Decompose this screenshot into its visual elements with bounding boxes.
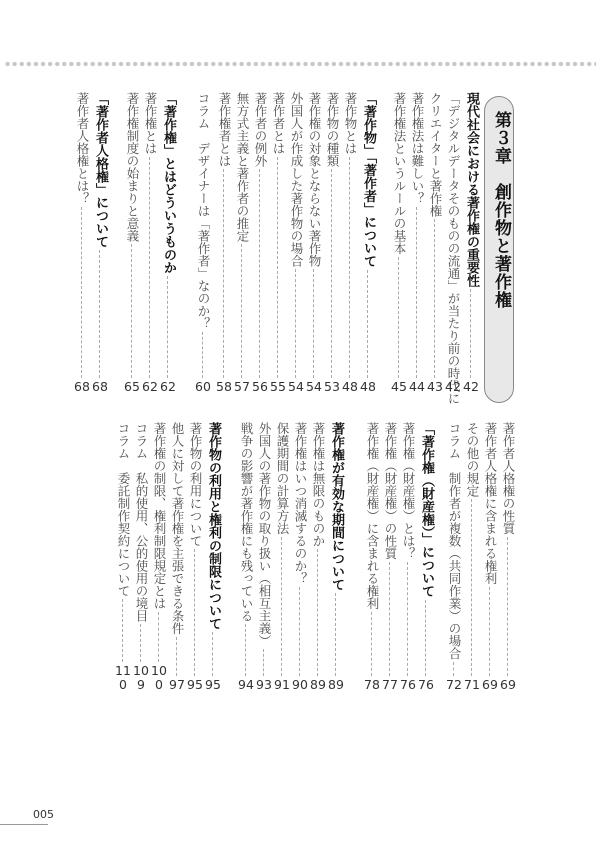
toc-entry-title: その他の規定 <box>464 422 480 497</box>
toc-entry-title: コラム デザイナーは「著作者」なのか？ <box>195 92 211 330</box>
toc-page-number: 95 <box>205 678 221 692</box>
toc-entry[interactable]: クリエイターと著作権 <box>427 92 443 217</box>
dotted-leader <box>335 593 337 676</box>
toc-page-number: 54 <box>306 380 322 394</box>
toc-page-number: 110 <box>115 664 131 692</box>
toc-page-number: 48 <box>360 380 376 394</box>
toc-entry[interactable]: 著作権の対象とならない著作物 <box>306 92 322 267</box>
toc-section-heading[interactable]: 「著作物」「著作者」について <box>360 92 376 268</box>
toc-entry[interactable]: 著作権の制限、権利制限規定とは <box>151 422 167 610</box>
toc-entry-title: 他人に対して著作権を主張できる条件 <box>169 422 185 635</box>
toc-page-number: 89 <box>328 678 344 692</box>
toc-entry[interactable]: コラム 委託制作契約について <box>115 422 131 597</box>
toc-entry-title: 「デジタルデータそのものの流通」が当たり前の時代に <box>445 92 461 405</box>
toc-entry[interactable]: 著作物の種類 <box>324 92 340 167</box>
toc-entry-title: 著作権制度の始まりと意義 <box>124 92 140 242</box>
dotted-leader <box>507 537 509 676</box>
toc-entry-title: 著作者の例外 <box>252 92 268 167</box>
toc-entry-title: 「著作物」「著作者」について <box>360 92 376 268</box>
dotted-leader <box>331 169 333 378</box>
toc-page-number: 62 <box>142 380 158 394</box>
toc-page-number: 65 <box>124 380 140 394</box>
dotted-leader <box>281 537 283 676</box>
toc-page-number: 55 <box>270 380 286 394</box>
toc-entry-title: 「著作権（財産権）」について <box>418 422 434 598</box>
toc-entry-title: 「著作者人格権」について <box>92 92 108 248</box>
dotted-leader <box>263 649 265 676</box>
toc-entry-title: 著作者人格権とは？ <box>74 92 90 205</box>
toc-entry[interactable]: 著作権者とは <box>216 92 232 167</box>
dotted-leader <box>245 624 247 676</box>
toc-page-number: 56 <box>252 380 268 394</box>
dotted-leader <box>131 244 133 378</box>
toc-entry-title: 著作者人格権の性質 <box>500 422 516 535</box>
toc-entry[interactable]: 著作権法というルールの基本 <box>391 92 407 255</box>
toc-entry-title: 著作権法というルールの基本 <box>391 92 407 255</box>
toc-entry[interactable]: 著作者の例外 <box>252 92 268 167</box>
toc-entry-title: 著作権が有効な期間について <box>328 422 344 591</box>
toc-page-number: 60 <box>195 380 211 394</box>
toc-entry-title: 著作権とは <box>142 92 158 155</box>
toc-entry[interactable]: 戦争の影響が著作権にも残っている <box>238 422 254 622</box>
toc-page-number: 90 <box>292 678 308 692</box>
toc-entry[interactable]: 著作物の利用について <box>187 422 203 547</box>
toc-page-number: 76 <box>400 678 416 692</box>
dotted-leader <box>407 562 409 676</box>
toc-entry[interactable]: 著作物とは <box>342 92 358 155</box>
dotted-leader <box>223 169 225 378</box>
toc-page-number: 54 <box>288 380 304 394</box>
toc-page-number: 53 <box>324 380 340 394</box>
toc-page-number: 44 <box>409 380 425 394</box>
dotted-leader <box>202 332 204 378</box>
toc-entry[interactable]: 著作者とは <box>270 92 286 155</box>
toc-section-heading[interactable]: 現代社会における著作権の重要性 <box>463 92 479 287</box>
toc-entry-title: 著作者人格権に含まれる権利 <box>482 422 498 585</box>
toc-page-number: 72 <box>446 678 462 692</box>
dotted-leader <box>425 600 427 676</box>
toc-section-heading[interactable]: 「著作権」とはどういうものか <box>160 92 176 274</box>
toc-page-number: 78 <box>364 678 380 692</box>
toc-section-heading[interactable]: 著作物の利用と権利の制限について <box>205 422 221 630</box>
toc-entry[interactable]: 保護期間の計算方法 <box>274 422 290 535</box>
dotted-leader <box>176 637 178 676</box>
toc-entry[interactable]: 著作権は無限のものか <box>310 422 326 547</box>
toc-entry[interactable]: コラム デザイナーは「著作者」なのか？ <box>195 92 211 330</box>
toc-page-number: 93 <box>256 678 272 692</box>
toc-entry[interactable]: 著作者人格権に含まれる権利 <box>482 422 498 585</box>
toc-entry-title: 著作権の対象とならない著作物 <box>306 92 322 267</box>
toc-entry[interactable]: 著作権（財産権）の性質 <box>382 422 398 560</box>
dotted-leader <box>349 157 351 378</box>
toc-entry-title: 著作権法は難しい？ <box>409 92 425 205</box>
toc-page-number: 68 <box>74 380 90 394</box>
toc-entry-title: 著作権（財産権）とは？ <box>400 422 416 560</box>
toc-entry-title: 著作物の種類 <box>324 92 340 167</box>
toc-entry-title: クリエイターと著作権 <box>427 92 443 217</box>
toc-page-number: 43 <box>427 380 443 394</box>
toc-entry[interactable]: 著作権とは <box>142 92 158 155</box>
toc-entry[interactable]: 他人に対して著作権を主張できる条件 <box>169 422 185 635</box>
toc-entry-title: 著作物の利用について <box>187 422 203 547</box>
dotted-leader <box>299 587 301 676</box>
page-number: 005 <box>33 808 54 821</box>
toc-entry-title: 著作物とは <box>342 92 358 155</box>
dotted-leader <box>277 157 279 378</box>
toc-page-number: 69 <box>500 678 516 692</box>
dotted-leader <box>453 662 455 676</box>
toc-page-number: 100 <box>151 664 167 692</box>
footer-rule <box>0 824 48 825</box>
toc-section-heading[interactable]: 著作権が有効な期間について <box>328 422 344 591</box>
chapter-title: 第３章 創作物と著作権 <box>489 111 514 309</box>
dotted-leader <box>149 157 151 378</box>
toc-entry-title: 著作権はいつ消滅するのか？ <box>292 422 308 585</box>
toc-section-heading[interactable]: 「著作権（財産権）」について <box>418 422 434 598</box>
toc-entry-title: コラム 委託制作契約について <box>115 422 131 597</box>
toc-page-number: 71 <box>464 678 480 692</box>
toc-page-number: 69 <box>482 678 498 692</box>
toc-entry-title: 保護期間の計算方法 <box>274 422 290 535</box>
toc-entry-title: コラム 私的使用、公的使用の境目 <box>133 422 149 622</box>
toc-page-number: 42 <box>445 380 461 394</box>
dotted-leader <box>470 289 472 378</box>
dotted-leader <box>140 624 142 662</box>
toc-page-number: 45 <box>391 380 407 394</box>
dotted-leader <box>313 269 315 378</box>
toc-page-number: 89 <box>310 678 326 692</box>
toc-entry[interactable]: 著作権はいつ消滅するのか？ <box>292 422 308 585</box>
dotted-leader <box>471 499 473 676</box>
toc-entry-title: 著作権は無限のものか <box>310 422 326 547</box>
toc-entry[interactable]: 著作権（財産権）とは？ <box>400 422 416 560</box>
toc-entry[interactable]: 無方式主義と著作者の推定 <box>234 92 250 242</box>
toc-entry[interactable]: 著作者人格権とは？ <box>74 92 90 205</box>
toc-entry-title: 現代社会における著作権の重要性 <box>463 92 479 287</box>
toc-page-number: 58 <box>216 380 232 394</box>
dotted-leader <box>295 269 297 378</box>
dotted-leader <box>367 270 369 378</box>
toc-entry[interactable]: 外国人が作成した著作物の場合 <box>288 92 304 267</box>
toc-entry-title: 著作者とは <box>270 92 286 155</box>
dotted-leader <box>398 257 400 378</box>
toc-entry-title: 著作物の利用と権利の制限について <box>205 422 221 630</box>
toc-entry-title: 著作権（財産権）に含まれる権利 <box>364 422 380 610</box>
toc-entry-title: 著作権の制限、権利制限規定とは <box>151 422 167 610</box>
dotted-leader <box>194 549 196 676</box>
toc-page-number: 109 <box>133 664 149 692</box>
toc-entry[interactable]: 外国人の著作物の取り扱い（相互主義） <box>256 422 272 647</box>
toc-entry-title: 著作権（財産権）の性質 <box>382 422 398 560</box>
toc-page-number: 42 <box>463 380 479 394</box>
toc-entry[interactable]: その他の規定 <box>464 422 480 497</box>
dotted-header-rule <box>4 60 596 68</box>
dotted-leader <box>434 219 436 378</box>
dotted-leader <box>371 612 373 676</box>
toc-page-number: 57 <box>234 380 250 394</box>
dotted-leader <box>99 250 101 378</box>
toc-entry[interactable]: 著作権制度の始まりと意義 <box>124 92 140 242</box>
dotted-leader <box>158 612 160 662</box>
toc-page-number: 91 <box>274 678 290 692</box>
toc-entry[interactable]: 著作権（財産権）に含まれる権利 <box>364 422 380 610</box>
toc-page-number: 95 <box>187 678 203 692</box>
toc-page-number: 48 <box>342 380 358 394</box>
toc-page-number: 76 <box>418 678 434 692</box>
toc-section-heading[interactable]: 「著作者人格権」について <box>92 92 108 248</box>
toc-entry-title: 無方式主義と著作者の推定 <box>234 92 250 242</box>
chapter-heading-badge: 第３章 創作物と著作権 <box>484 96 514 403</box>
toc-page-number: 97 <box>169 678 185 692</box>
toc-page-number: 62 <box>160 380 176 394</box>
dotted-leader <box>81 207 83 378</box>
toc-entry[interactable]: 著作権法は難しい？ <box>409 92 425 205</box>
toc-entry-title: コラム 制作者が複数（共同作業）の場合 <box>446 422 462 660</box>
dotted-leader <box>489 587 491 676</box>
toc-entry[interactable]: コラム 私的使用、公的使用の境目 <box>133 422 149 622</box>
toc-entry-title: 外国人が作成した著作物の場合 <box>288 92 304 267</box>
toc-entry-title: 戦争の影響が著作権にも残っている <box>238 422 254 622</box>
dotted-leader <box>212 632 214 676</box>
toc-entry[interactable]: 著作者人格権の性質 <box>500 422 516 535</box>
dotted-leader <box>241 244 243 378</box>
dotted-leader <box>122 599 124 662</box>
toc-entry-title: 外国人の著作物の取り扱い（相互主義） <box>256 422 272 647</box>
dotted-leader <box>167 276 169 378</box>
dotted-leader <box>259 169 261 378</box>
dotted-leader <box>389 562 391 676</box>
toc-entry-title: 「著作権」とはどういうものか <box>160 92 176 274</box>
toc-page-number: 68 <box>92 380 108 394</box>
toc-entry-title: 著作権者とは <box>216 92 232 167</box>
toc-entry[interactable]: コラム 制作者が複数（共同作業）の場合 <box>446 422 462 660</box>
toc-entry[interactable]: 「デジタルデータそのものの流通」が当たり前の時代に <box>445 92 461 405</box>
toc-page-number: 77 <box>382 678 398 692</box>
toc-page-number: 94 <box>238 678 254 692</box>
dotted-leader <box>416 207 418 378</box>
dotted-leader <box>317 549 319 676</box>
